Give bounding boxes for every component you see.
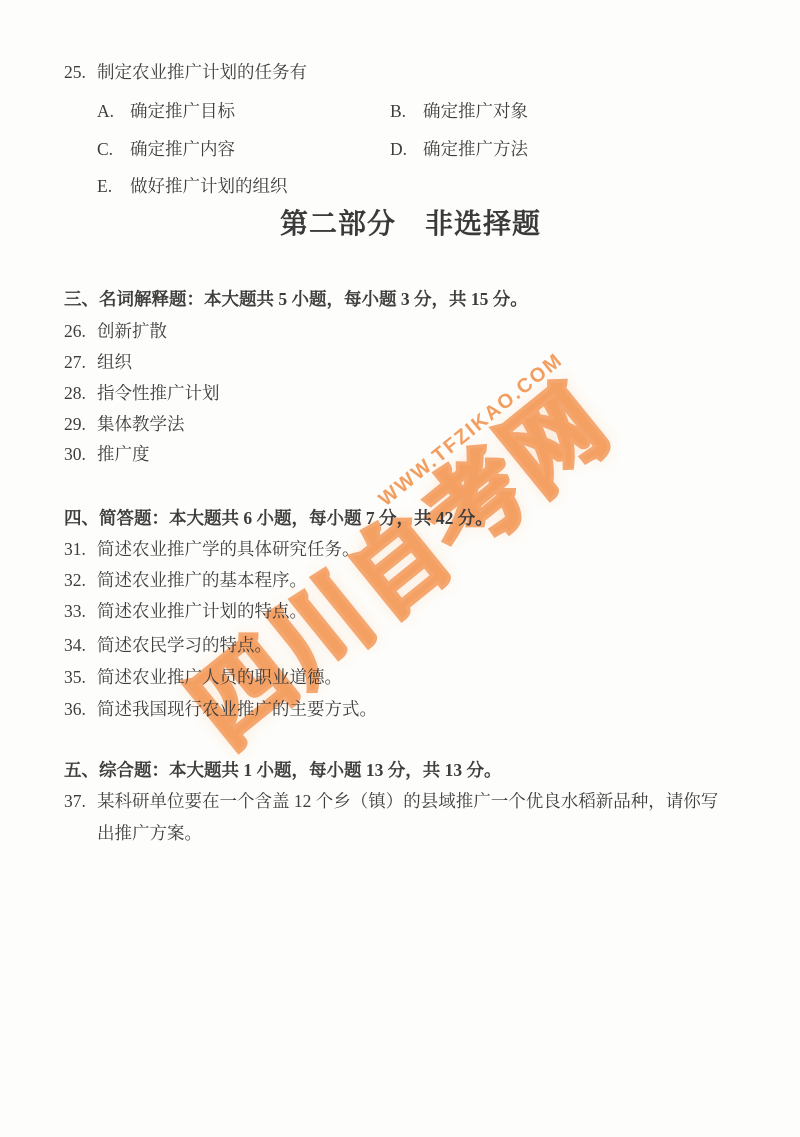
item-33-number: 33. — [64, 599, 97, 623]
item-36: 36.简述我国现行农业推广的主要方式。 — [64, 697, 377, 721]
item-34-text: 简述农民学习的特点。 — [97, 635, 272, 655]
option-e: E.做好推广计划的组织 — [97, 174, 288, 198]
exam-page: WWW.TFZIKAO.COM 四川自考网 25.制定农业推广计划的任务有 A.… — [0, 0, 800, 1137]
item-32-text: 简述农业推广的基本程序。 — [97, 570, 307, 590]
item-35-text: 简述农业推广人员的职业道德。 — [97, 667, 342, 687]
item-31-text: 简述农业推广学的具体研究任务。 — [97, 539, 360, 559]
item-26-text: 创新扩散 — [97, 321, 167, 341]
option-d: D.确定推广方法 — [390, 137, 528, 161]
section-3-title: 三、名词解释题：本大题共 5 小题，每小题 3 分，共 15 分。 — [64, 287, 528, 311]
item-34: 34.简述农民学习的特点。 — [64, 633, 272, 657]
item-36-text: 简述我国现行农业推广的主要方式。 — [97, 699, 377, 719]
option-d-letter: D. — [390, 137, 423, 161]
option-c-letter: C. — [97, 137, 130, 161]
item-27-number: 27. — [64, 350, 97, 374]
question-25-stem: 制定农业推广计划的任务有 — [97, 62, 307, 82]
item-37-line2: 出推广方案。 — [97, 821, 202, 845]
item-35: 35.简述农业推广人员的职业道德。 — [64, 665, 342, 689]
item-28: 28.指令性推广计划 — [64, 381, 220, 405]
option-c-text: 确定推广内容 — [130, 139, 235, 159]
section-4-title: 四、简答题：本大题共 6 小题，每小题 7 分，共 42 分。 — [64, 506, 493, 530]
item-27-text: 组织 — [97, 352, 132, 372]
item-28-number: 28. — [64, 381, 97, 405]
item-36-number: 36. — [64, 697, 97, 721]
option-a-letter: A. — [97, 99, 130, 123]
watermark-url: WWW.TFZIKAO.COM — [374, 320, 603, 512]
question-25-stem-row: 25.制定农业推广计划的任务有 — [64, 60, 307, 84]
item-26: 26.创新扩散 — [64, 319, 167, 343]
question-25-number: 25. — [64, 60, 97, 84]
section-5-title: 五、综合题：本大题共 1 小题，每小题 13 分，共 13 分。 — [64, 758, 502, 782]
item-37-number: 37. — [64, 789, 97, 813]
item-37-line1: 37.某科研单位要在一个含盖 12 个乡（镇）的县域推广一个优良水稻新品种，请你… — [64, 789, 718, 813]
watermark-site-name: 四川自考网 — [138, 340, 665, 792]
option-a-text: 确定推广目标 — [130, 101, 235, 121]
item-33-text: 简述农业推广计划的特点。 — [97, 601, 307, 621]
part-2-heading: 第二部分 非选择题 — [280, 209, 541, 241]
item-30-number: 30. — [64, 442, 97, 466]
item-29-number: 29. — [64, 412, 97, 436]
item-27: 27.组织 — [64, 350, 132, 374]
option-b: B.确定推广对象 — [390, 99, 528, 123]
item-29-text: 集体教学法 — [97, 414, 185, 434]
item-34-number: 34. — [64, 633, 97, 657]
option-c: C.确定推广内容 — [97, 137, 235, 161]
option-e-text: 做好推广计划的组织 — [130, 176, 288, 196]
item-33: 33.简述农业推广计划的特点。 — [64, 599, 307, 623]
option-e-letter: E. — [97, 174, 130, 198]
item-31-number: 31. — [64, 537, 97, 561]
item-30-text: 推广度 — [97, 444, 150, 464]
item-37-text-line1: 某科研单位要在一个含盖 12 个乡（镇）的县域推广一个优良水稻新品种，请你写 — [97, 791, 718, 811]
item-28-text: 指令性推广计划 — [97, 383, 220, 403]
option-b-text: 确定推广对象 — [423, 101, 528, 121]
item-32-number: 32. — [64, 568, 97, 592]
item-31: 31.简述农业推广学的具体研究任务。 — [64, 537, 360, 561]
item-26-number: 26. — [64, 319, 97, 343]
option-b-letter: B. — [390, 99, 423, 123]
item-35-number: 35. — [64, 665, 97, 689]
item-30: 30.推广度 — [64, 442, 150, 466]
item-32: 32.简述农业推广的基本程序。 — [64, 568, 307, 592]
option-d-text: 确定推广方法 — [423, 139, 528, 159]
item-29: 29.集体教学法 — [64, 412, 185, 436]
option-a: A.确定推广目标 — [97, 99, 235, 123]
